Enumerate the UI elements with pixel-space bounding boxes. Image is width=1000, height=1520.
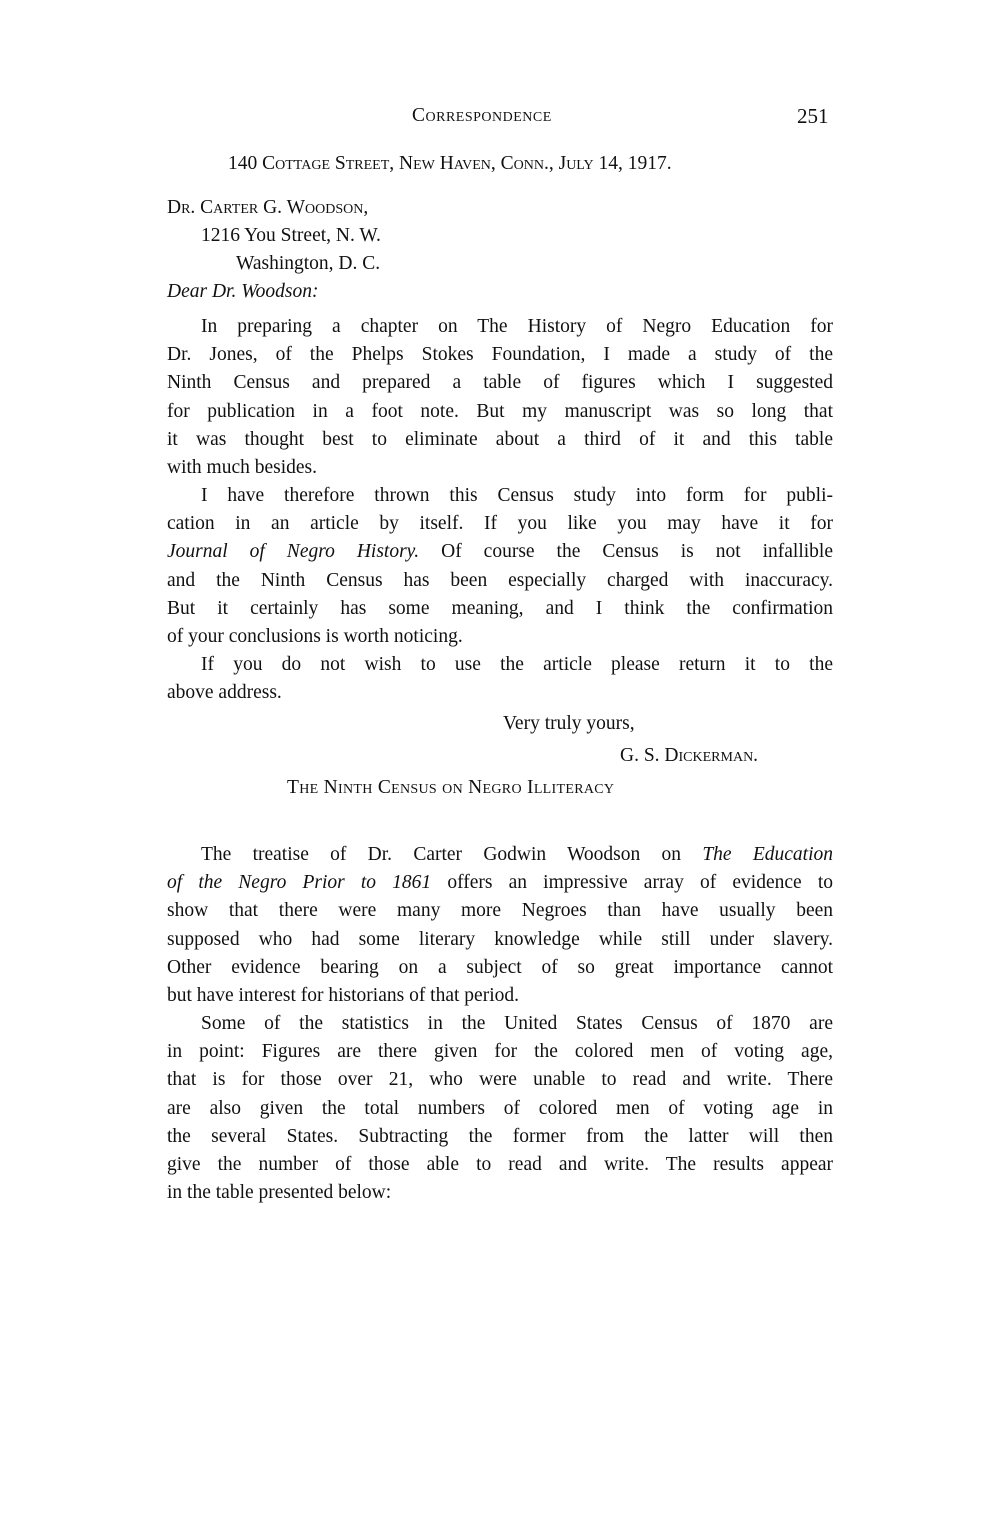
text-line: but have interest for historians of that…	[167, 982, 833, 1010]
text-line: are also given the total numbers of colo…	[167, 1095, 833, 1123]
article-paragraph-1: The treatise of Dr. Carter Godwin Woodso…	[167, 841, 833, 1010]
text-line: give the number of those able to read an…	[167, 1151, 833, 1179]
text-line: The treatise of Dr. Carter Godwin Woodso…	[167, 841, 833, 869]
letter-signature: G. S. Dickerman.	[620, 742, 758, 770]
text-line: But it certainly has some meaning, and I…	[167, 595, 833, 623]
text-line: in point: Figures are there given for th…	[167, 1038, 833, 1066]
text-line: Ninth Census and prepared a table of fig…	[167, 369, 833, 397]
text-line: above address.	[167, 679, 833, 707]
article-paragraph-2: Some of the statistics in the United Sta…	[167, 1010, 833, 1207]
salutation: Dear Dr. Woodson:	[167, 278, 319, 306]
text-line: in the table presented below:	[167, 1179, 833, 1207]
article-title: The Ninth Census on Negro Illiteracy	[287, 774, 614, 802]
text-line: it was thought best to eliminate about a…	[167, 426, 833, 454]
text-line: If you do not wish to use the article pl…	[167, 651, 833, 679]
journal-title-italic: Journal of Negro History.	[167, 541, 419, 562]
text-line: that is for those over 21, who were unab…	[167, 1066, 833, 1094]
text-line: Journal of Negro History. Of course the …	[167, 538, 833, 566]
book-title-italic: of the Negro Prior to 1861	[167, 872, 431, 893]
text-line: I have therefore thrown this Census stud…	[167, 482, 833, 510]
text-line: cation in an article by itself. If you l…	[167, 510, 833, 538]
recipient-street: 1216 You Street, N. W.	[201, 222, 381, 250]
book-title-italic: The Education	[702, 844, 833, 865]
text-fragment: offers an impressive array of evidence t…	[431, 872, 833, 893]
page-number: 251	[797, 102, 829, 130]
text-line: Dr. Jones, of the Phelps Stokes Foundati…	[167, 341, 833, 369]
text-line: with much besides.	[167, 454, 833, 482]
letter-paragraph-2: I have therefore thrown this Census stud…	[167, 482, 833, 651]
running-header-title: Correspondence	[412, 102, 552, 130]
text-line: of your conclusions is worth noticing.	[167, 623, 833, 651]
text-line: In preparing a chapter on The History of…	[167, 313, 833, 341]
recipient-name: Dr. Carter G. Woodson,	[167, 194, 368, 222]
text-line: and the Ninth Census has been especially…	[167, 567, 833, 595]
text-line: show that there were many more Negroes t…	[167, 897, 833, 925]
letter-paragraph-3: If you do not wish to use the article pl…	[167, 651, 833, 707]
text-line: Some of the statistics in the United Sta…	[167, 1010, 833, 1038]
recipient-city: Washington, D. C.	[236, 250, 380, 278]
text-fragment: Of course the Census is not infallible	[419, 541, 833, 562]
document-page: Correspondence 251 140 Cottage Street, N…	[0, 0, 1000, 1520]
letter-closing: Very truly yours,	[503, 710, 635, 738]
text-line: the several States. Subtracting the form…	[167, 1123, 833, 1151]
text-line: supposed who had some literary knowledge…	[167, 926, 833, 954]
text-line: for publication in a foot note. But my m…	[167, 398, 833, 426]
letter-paragraph-1: In preparing a chapter on The History of…	[167, 313, 833, 482]
text-line: Other evidence bearing on a subject of s…	[167, 954, 833, 982]
text-line: of the Negro Prior to 1861 offers an imp…	[167, 869, 833, 897]
text-fragment: The treatise of Dr. Carter Godwin Woodso…	[201, 844, 702, 865]
letter-dateline: 140 Cottage Street, New Haven, Conn., Ju…	[228, 150, 672, 178]
